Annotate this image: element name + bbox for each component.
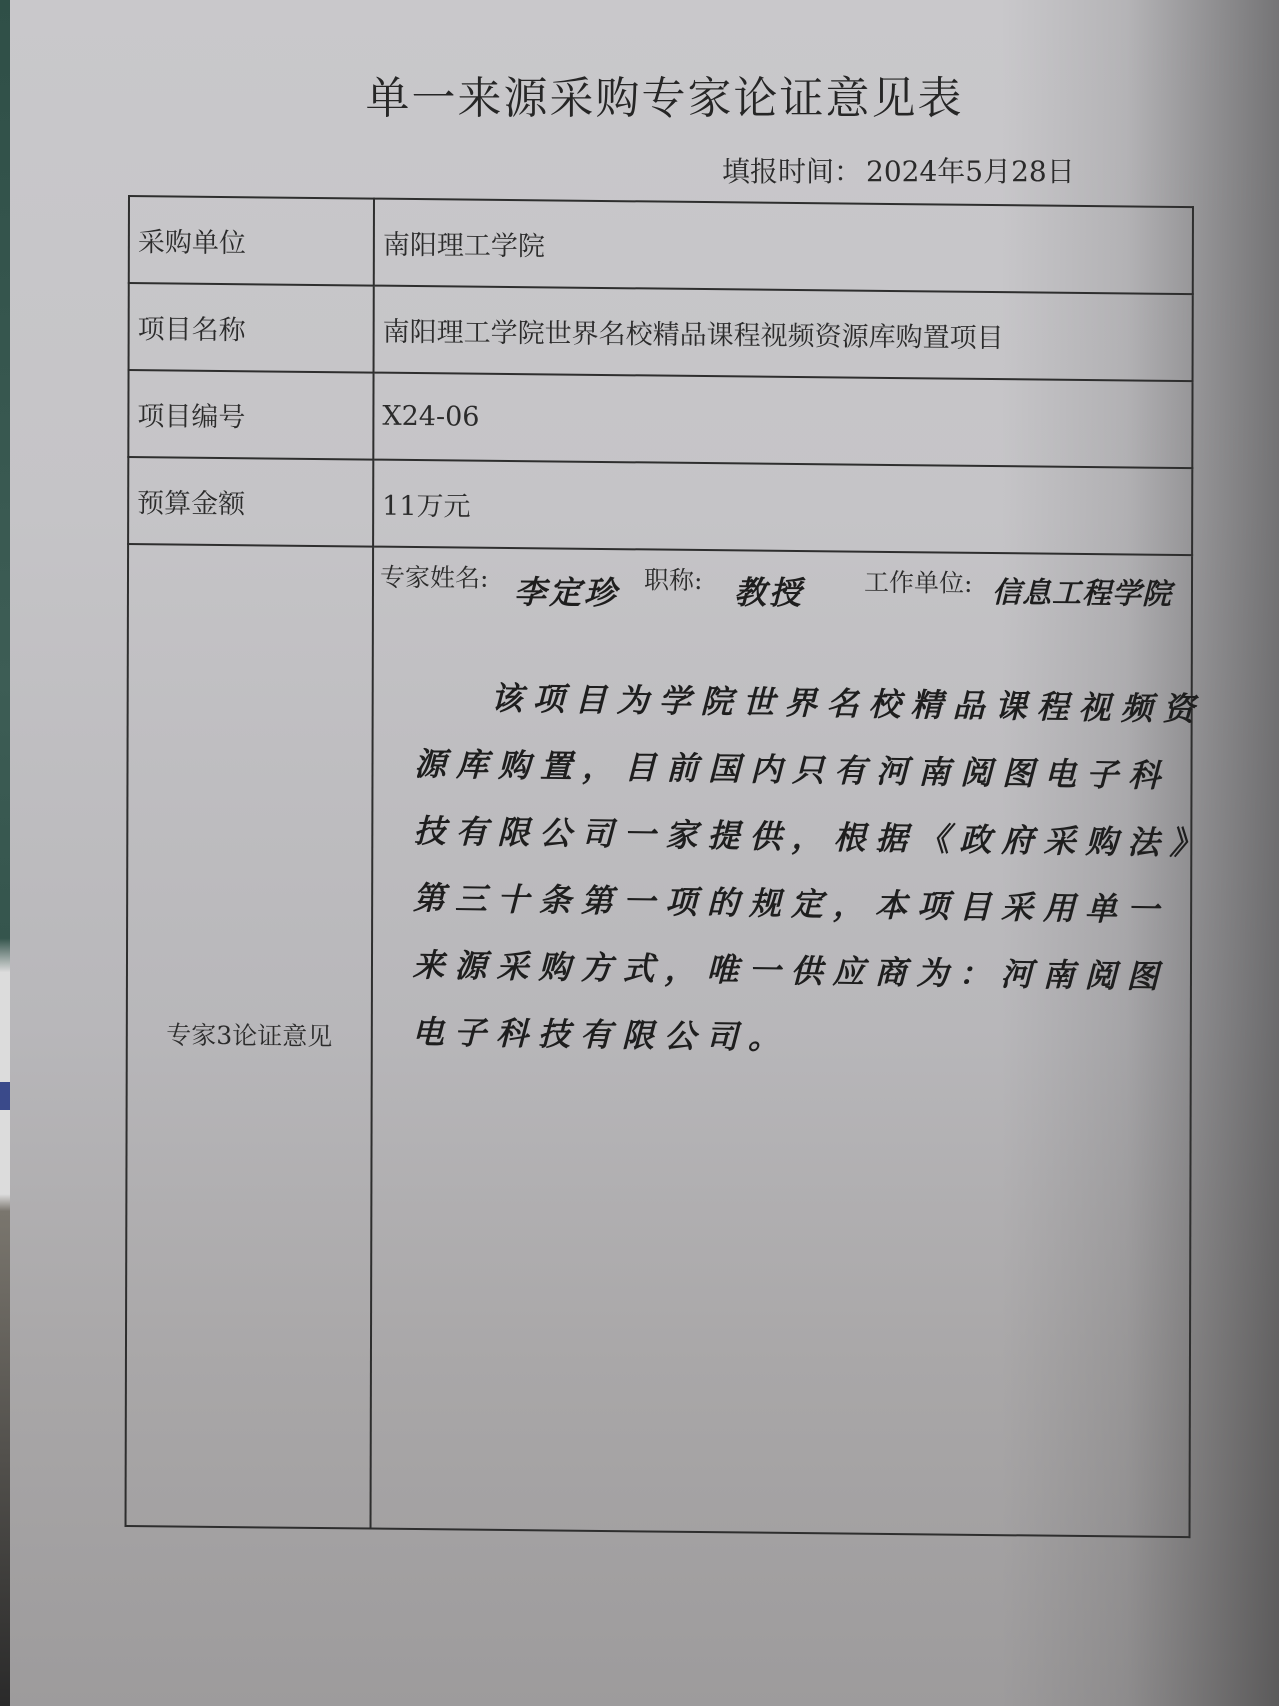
handwritten-opinion: 该项目为学院世界名校精品课程视频资源库购置，目前国内只有河南阅图电子科技有限公司… (412, 664, 1205, 1078)
row-label-budget: 预算金额 (128, 457, 373, 547)
row-label-purchasing-unit: 采购单位 (129, 196, 374, 286)
fill-date: 填报时间：2024年5月28日 (722, 150, 1075, 190)
table-row: 项目名称 南阳理工学院世界名校精品课程视频资源库购置项目 (129, 283, 1193, 381)
row-value-project-name: 南阳理工学院世界名校精品课程视频资源库购置项目 (374, 286, 1193, 382)
fill-date-label: 填报时间： (722, 155, 862, 188)
opinion-cell: 专家姓名: 李定珍 职称: 教授 工作单位: 信息工程学院 该项目为学院世界名校… (371, 547, 1193, 1538)
work-unit-label: 工作单位: (864, 563, 973, 600)
fill-date-value: 2024年5月28日 (866, 155, 1075, 188)
opinion-row: 专家3论证意见 专家姓名: 李定珍 职称: 教授 工作单位: 信息工程学院 该项… (126, 544, 1193, 1537)
work-unit-value: 信息工程学院 (992, 570, 1172, 613)
table-row: 采购单位 南阳理工学院 (129, 196, 1193, 294)
expert-info-line: 专家姓名: 李定珍 职称: 教授 工作单位: 信息工程学院 (374, 548, 1191, 652)
row-value-purchasing-unit: 南阳理工学院 (374, 199, 1193, 295)
paper-sheet: 单一来源采购专家论证意见表 填报时间：2024年5月28日 采购单位 南阳理工学… (10, 0, 1279, 1706)
table-row: 预算金额 11万元 (128, 457, 1192, 555)
row-label-project-name: 项目名称 (129, 283, 374, 373)
expert-name-label: 专家姓名: (380, 558, 489, 595)
expert-title-value: 教授 (734, 567, 804, 614)
document-photo: 单一来源采购专家论证意见表 填报时间：2024年5月28日 采购单位 南阳理工学… (0, 0, 1279, 1706)
table-row: 项目编号 X24-06 (128, 370, 1192, 468)
row-value-budget: 11万元 (373, 460, 1192, 556)
row-label-project-number: 项目编号 (128, 370, 373, 460)
opinion-label: 专家3论证意见 (126, 544, 374, 1529)
form-table: 采购单位 南阳理工学院 项目名称 南阳理工学院世界名校精品课程视频资源库购置项目… (125, 195, 1194, 1538)
row-value-project-number: X24-06 (373, 373, 1192, 469)
expert-name-signature: 李定珍 (514, 567, 619, 614)
document-title: 单一来源采购专家论证意见表 (10, 62, 1279, 126)
expert-title-label: 职称: (644, 560, 703, 597)
